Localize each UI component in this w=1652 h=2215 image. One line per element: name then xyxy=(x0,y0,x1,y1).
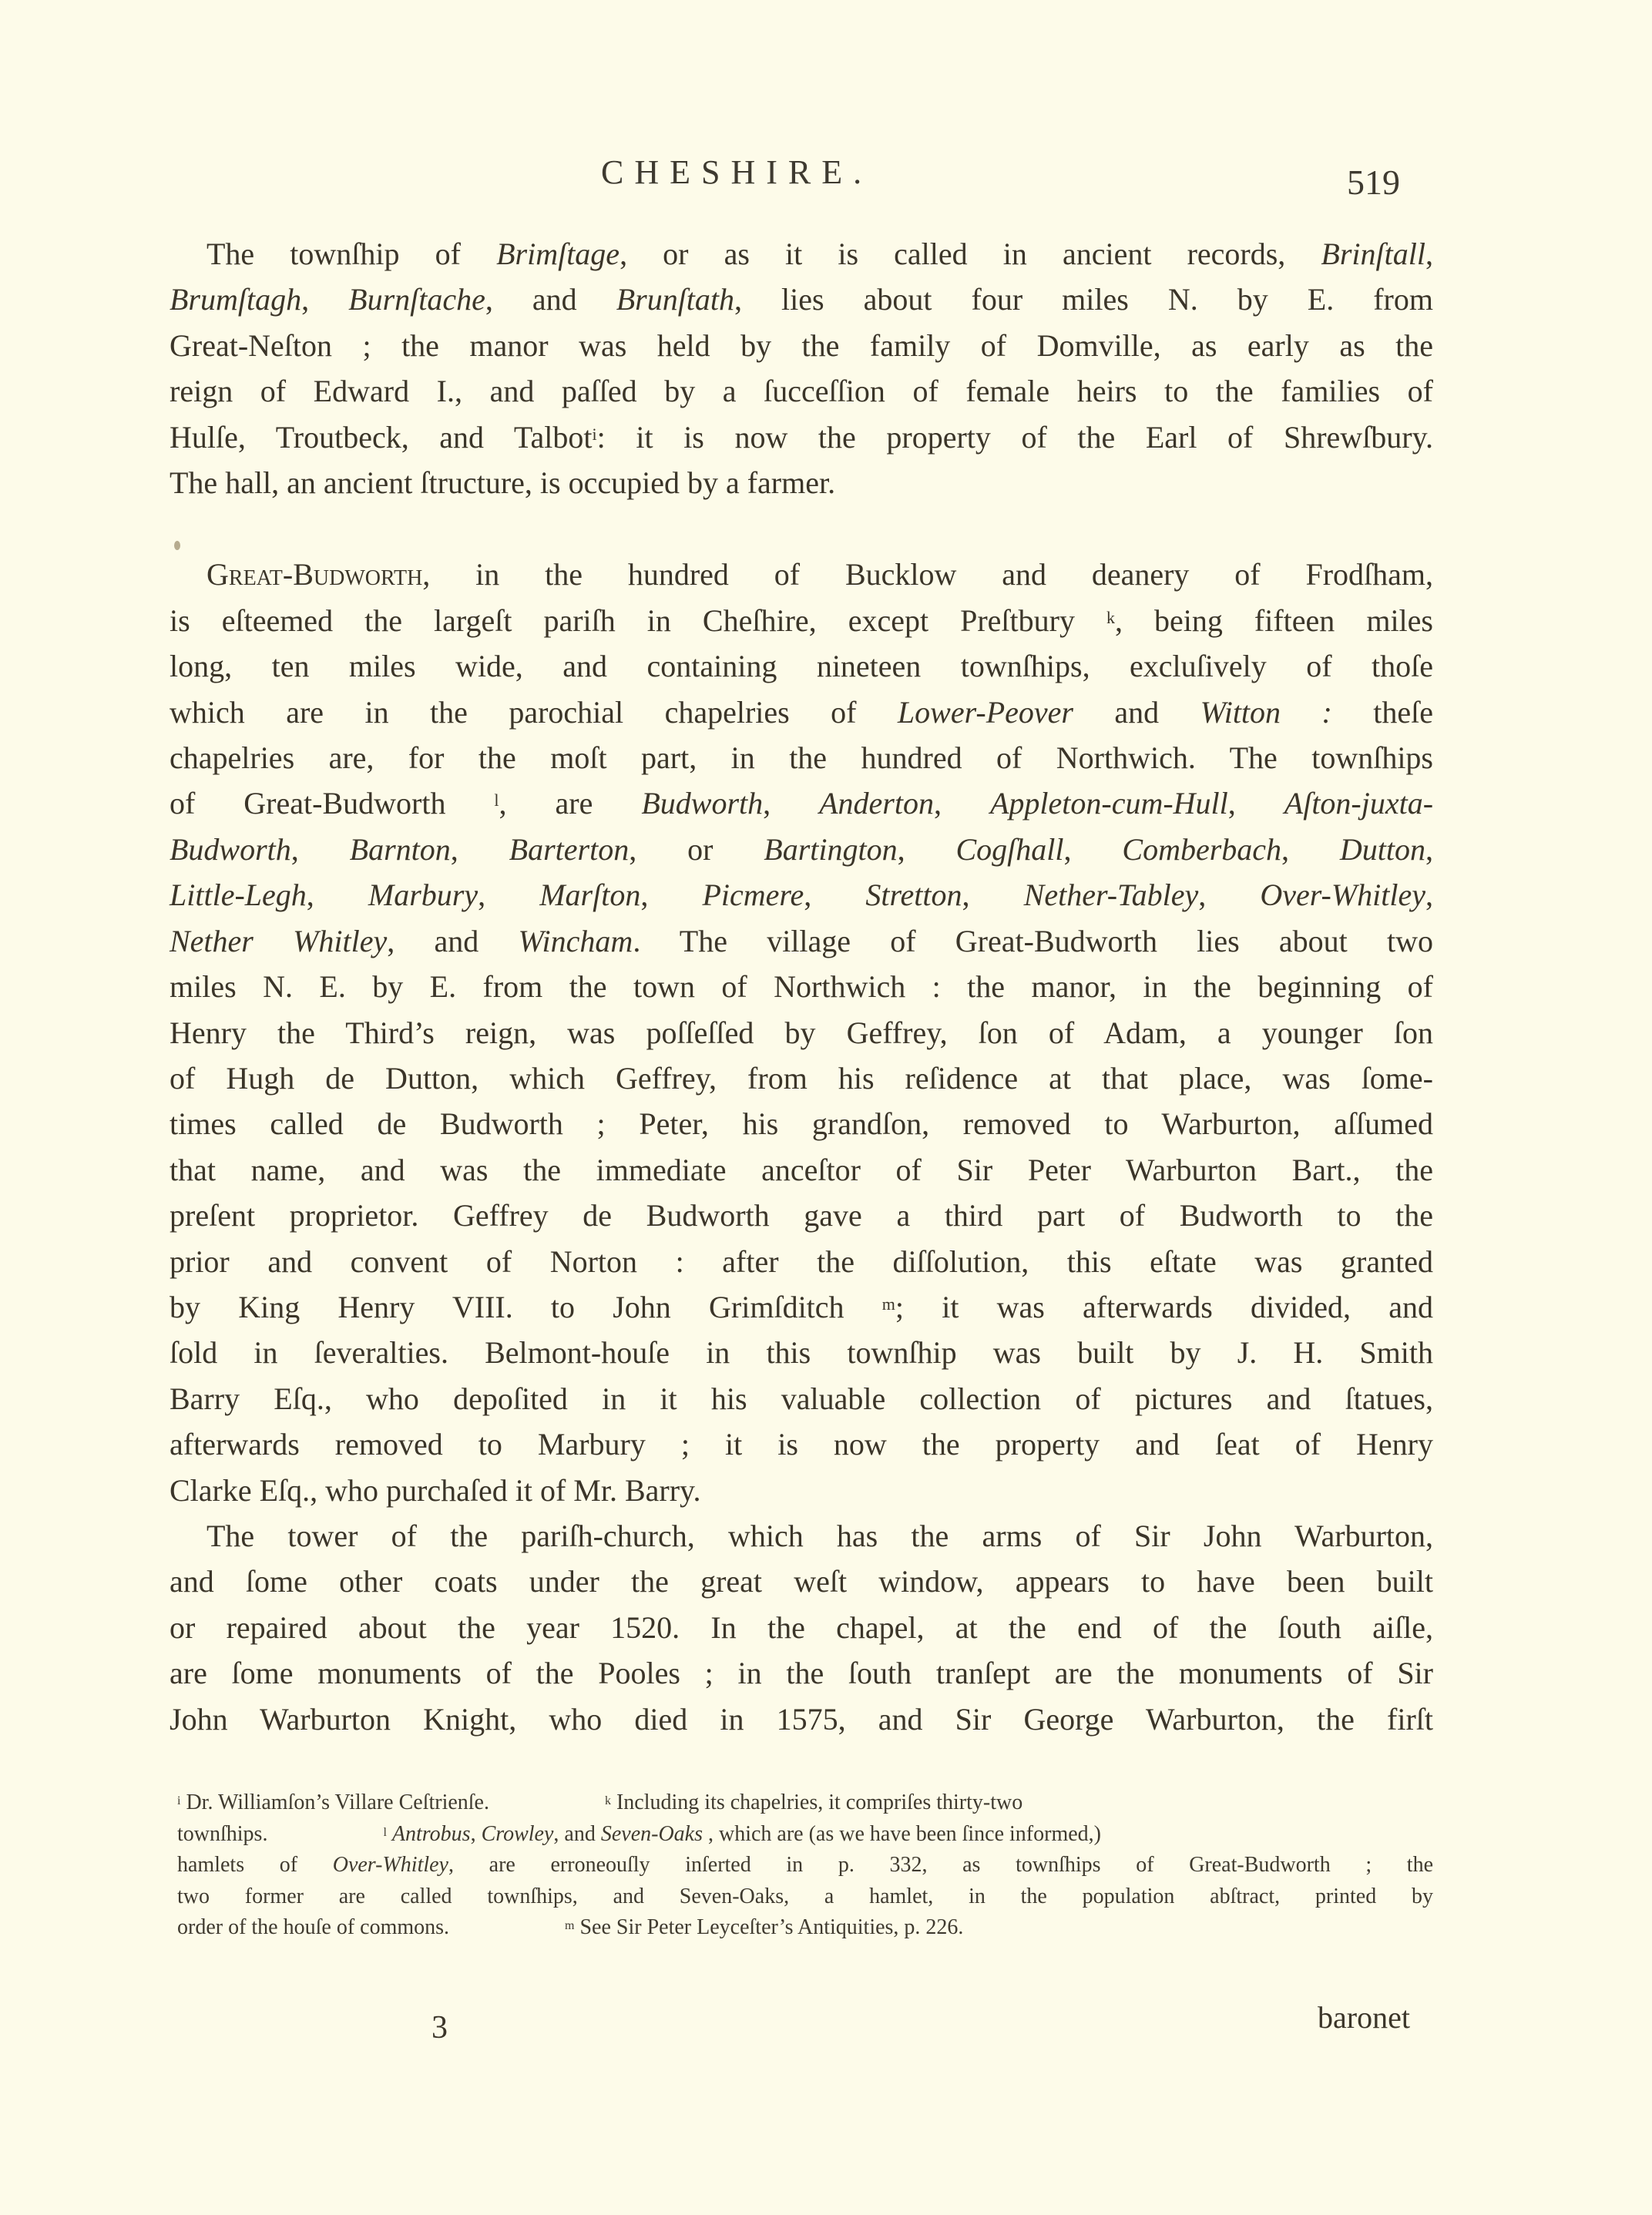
paragraph2-line: Little-Legh, Marbury, Marſton, Picmere, … xyxy=(170,872,1433,918)
body-text: The townſhip of Brimſtage, or as it is c… xyxy=(170,231,1433,1742)
paragraph2-line: Henry the Third’s reign, was poſſeſſed b… xyxy=(170,1010,1433,1055)
paragraph1-line: The hall, an ancient ſtructure, is occup… xyxy=(170,460,1433,505)
paragraph2-line: Nether Whitley, and Wincham. The village… xyxy=(170,918,1433,964)
paragraph1-line: Great-Neſton ; the manor was held by the… xyxy=(170,323,1433,368)
footnote-marker[interactable]: i xyxy=(593,425,597,444)
italic-place-name: Budworth xyxy=(170,832,291,867)
italic-place-name: Burnſtache xyxy=(348,282,485,317)
italic-place-name: Witton : xyxy=(1200,695,1332,730)
footnote-marker[interactable]: k xyxy=(1106,608,1115,627)
footnotes-line: hamlets of Over-Whitley, are erroneouſly… xyxy=(177,1850,1433,1881)
running-head: CHESHIRE. xyxy=(601,153,872,192)
paragraph3-line: John Warburton Knight, who died in 1575,… xyxy=(170,1696,1433,1742)
catchword: baronet xyxy=(1318,1999,1410,2035)
paragraph2-line: preſent proprietor. Geffrey de Budworth … xyxy=(170,1193,1433,1238)
paragraph3-line: The tower of the pariſh-church, which ha… xyxy=(170,1513,1433,1559)
footnotes-line: i Dr. Williamſon’s Villare Ceſtrienſe.k … xyxy=(177,1787,1433,1819)
footnote-marker[interactable]: l xyxy=(494,790,499,810)
italic-place-name: Marbury xyxy=(368,878,478,912)
paragraph1-line: Brumſtagh, Burnſtache, and Brunſtath, li… xyxy=(170,277,1433,322)
italic-place-name: Dutton xyxy=(1340,832,1425,867)
paragraph2-line: which are in the parochial chapelries of… xyxy=(170,690,1433,735)
footnotes: i Dr. Williamſon’s Villare Ceſtrienſe.k … xyxy=(177,1787,1433,1944)
paragraph2-line: Great-Budworth, in the hundred of Bucklo… xyxy=(170,552,1433,597)
paragraph2-line: chapelries are, for the moſt part, in th… xyxy=(170,735,1433,780)
printer-ornament-mark xyxy=(174,541,180,550)
paragraph3-line: or repaired about the year 1520. In the … xyxy=(170,1605,1433,1650)
footnote-marker[interactable]: k xyxy=(605,1794,611,1807)
italic-place-name: Anderton xyxy=(819,786,934,821)
paragraph2-line: that name, and was the immediate anceſto… xyxy=(170,1147,1433,1193)
paragraph3-line: are ſome monuments of the Pooles ; in th… xyxy=(170,1650,1433,1696)
paragraph2-line: of Hugh de Dutton, which Geffrey, from h… xyxy=(170,1055,1433,1101)
italic-place-name: Nether-Tabley xyxy=(1024,878,1199,912)
italic-place-name: Brumſtagh xyxy=(170,282,301,317)
paragraph2-line: afterwards removed to Marbury ; it is no… xyxy=(170,1421,1433,1467)
italic-place-name: Brimſtage xyxy=(496,237,619,271)
italic-place-name: Wincham xyxy=(518,924,633,958)
paragraph-spacer xyxy=(170,505,1433,552)
italic-place-name: Budworth xyxy=(641,786,763,821)
paragraph2-line: miles N. E. by E. from the town of North… xyxy=(170,964,1433,1009)
paragraph2-line: prior and convent of Norton : after the … xyxy=(170,1239,1433,1284)
paragraph2-line: Budworth, Barnton, Barterton, or Barting… xyxy=(170,827,1433,872)
italic-place-name: Brinſtall xyxy=(1321,237,1425,271)
paragraph2-line: by King Henry VIII. to John Grimſditch m… xyxy=(170,1284,1433,1330)
paragraph2-line: times called de Budworth ; Peter, his gr… xyxy=(170,1101,1433,1146)
italic-place-name: Picmere xyxy=(702,878,804,912)
paragraph1-line: reign of Edward I., and paſſed by a ſucc… xyxy=(170,368,1433,414)
paragraph1-line: The townſhip of Brimſtage, or as it is c… xyxy=(170,231,1433,277)
italic-place-name: Cogſhall xyxy=(956,832,1064,867)
paragraph2-line: Clarke Eſq., who purchaſed it of Mr. Bar… xyxy=(170,1468,1433,1513)
small-caps-heading: Great-Budworth xyxy=(206,557,422,592)
footnotes-line: order of the houſe of commons.m See Sir … xyxy=(177,1912,1433,1944)
paragraph1-line: Hulſe, Troutbeck, and Talboti: it is now… xyxy=(170,414,1433,460)
footnotes-line: two former are called townſhips, and Sev… xyxy=(177,1881,1433,1913)
italic-place-name: Over-Whitley xyxy=(333,1853,448,1877)
italic-place-name: Little-Legh xyxy=(170,878,307,912)
italic-place-name: Bartington xyxy=(764,832,897,867)
footnote-marker[interactable]: l xyxy=(383,1826,386,1839)
paragraph3-line: and ſome other coats under the great weſ… xyxy=(170,1559,1433,1604)
italic-place-name: Antrobus xyxy=(392,1822,471,1846)
italic-place-name: Barnton xyxy=(350,832,451,867)
footnote-marker[interactable]: m xyxy=(565,1919,574,1932)
italic-place-name: Nether Whitley xyxy=(170,924,387,958)
italic-place-name: Brunſtath xyxy=(616,282,734,317)
italic-place-name: Over-Whitley xyxy=(1260,878,1425,912)
paragraph2-line: is eſteemed the largeſt pariſh in Cheſhi… xyxy=(170,598,1433,643)
paragraph-parish-church: The tower of the pariſh-church, which ha… xyxy=(170,1513,1433,1742)
italic-place-name: Stretton xyxy=(865,878,962,912)
italic-place-name: Crowley xyxy=(482,1822,554,1846)
paragraph2-line: long, ten miles wide, and containing nin… xyxy=(170,643,1433,689)
signature-mark: 3 xyxy=(431,2009,448,2046)
italic-place-name: Aſton-juxta- xyxy=(1284,786,1433,821)
italic-place-name: Barterton xyxy=(509,832,630,867)
footnote-marker[interactable]: m xyxy=(882,1294,895,1314)
italic-place-name: Comberbach xyxy=(1122,832,1281,867)
paragraph2-line: ſold in ſeveralties. Belmont-houſe in th… xyxy=(170,1330,1433,1375)
paragraph2-line: of Great-Budworth l, are Budworth, Ander… xyxy=(170,780,1433,826)
paragraph2-line: Barry Eſq., who depoſited in it his valu… xyxy=(170,1376,1433,1421)
paragraph-brimstage: The townſhip of Brimſtage, or as it is c… xyxy=(170,231,1433,505)
footnote-marker[interactable]: i xyxy=(177,1794,180,1807)
italic-place-name: Marſton xyxy=(539,878,640,912)
paragraph-great-budworth: Great-Budworth, in the hundred of Bucklo… xyxy=(170,552,1433,1513)
italic-place-name: Appleton-cum-Hull xyxy=(990,786,1228,821)
page-number: 519 xyxy=(1347,162,1400,203)
italic-place-name: Seven-Oaks xyxy=(601,1822,703,1846)
italic-place-name: Lower-Peover xyxy=(898,695,1073,730)
footnotes-line: townſhips.l Antrobus, Crowley, and Seven… xyxy=(177,1819,1433,1851)
book-page: CHESHIRE. 519 The townſhip of Brimſtage,… xyxy=(0,0,1652,2215)
